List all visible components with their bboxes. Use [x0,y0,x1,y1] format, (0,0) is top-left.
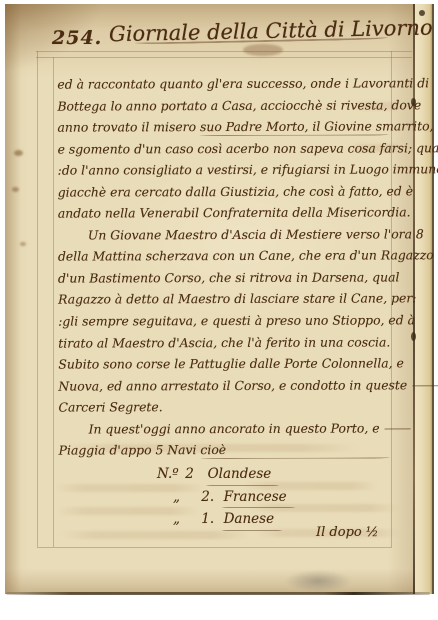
manuscript-line: della Mattina scherzava con un Cane, che… [58,245,396,268]
manuscript-line: Ragazzo à detto al Maestro di lasciare s… [58,288,396,311]
ruled-frame-line [36,57,412,58]
ship-row-marker: N.º [157,463,181,486]
ship-list: N.º 2 Olandese „ 2. Francese „ 1. Danese [157,463,287,531]
ink-smudge [243,44,283,56]
manuscript-line: Un Giovane Maestro d'Ascia di Mestiere v… [58,223,396,246]
manuscript-line: :gli sempre seguitava, e questi à preso … [58,309,396,332]
manuscript-line: Subito sono corse le Pattuglie dalle Por… [58,353,396,376]
ship-row-quantity: 2. [201,486,219,509]
manuscript-line: Bottega lo anno portato a Casa, acciocch… [57,94,395,117]
manuscript-line: giacchè era cercato dalla Giustizia, che… [58,180,396,203]
manuscript-text-block: ed à raccontato quanto gl'era successo, … [57,72,396,461]
page-bottom-edge [6,592,430,595]
paper-stain [14,150,23,156]
manuscript-line: Piaggia d'appo 5 Navi cioè [59,439,397,462]
catchword: Il dopo ½ [316,525,378,540]
fore-edge-strip [415,4,434,594]
ruled-frame-line [53,57,54,547]
ship-row-marker: „ [173,486,197,509]
ruled-frame-line [37,51,38,547]
ink-show-through [60,531,250,539]
page-title: Giornale della Città di Livorno [109,16,419,46]
manuscript-line: :do l'anno consigliato a vestirsi, e rif… [58,159,396,182]
ship-row-quantity: 2 [185,463,203,486]
ship-row-quantity: 1. [201,508,219,531]
ship-row-nation: Olandese [208,463,272,486]
paper-stain [20,242,26,246]
paper-stain [12,187,19,192]
ship-list-row: N.º 2 Olandese [157,463,287,486]
manuscript-line: tirato al Maestro d'Ascia, che l'à ferit… [58,331,396,354]
manuscript-line: d'un Bastimento Corso, che si ritrova in… [58,266,396,289]
ruled-frame-line [36,51,412,52]
ship-row-nation: Francese [224,486,287,509]
manuscript-line: ed à raccontato quanto gl'era successo, … [57,72,395,95]
ship-list-row: „ 2. Francese [157,486,287,509]
ship-row-nation: Danese [224,508,274,531]
grey-smudge [285,570,351,592]
ruled-frame-line [37,547,392,548]
manuscript-line: anno trovato il misero suo Padre Morto, … [57,116,395,139]
page-number: 254. [52,27,102,49]
gutter-speck [411,332,416,341]
manuscript-line: Nuova, ed anno arrestato il Corso, e con… [58,374,396,397]
ship-list-row: „ 1. Danese [157,508,287,531]
paper-page: 254. Giornale della Città di Livorno ed … [5,4,434,594]
ship-row-marker: „ [173,508,197,531]
scanned-manuscript-page: { "page": { "number": "254.", "title": "… [0,0,438,620]
manuscript-line: andato nella Venerabil Confraternita del… [58,202,396,225]
manuscript-line: In quest'oggi anno ancorato in questo Po… [59,417,397,440]
manuscript-line: e sgomento d'un caso così acerbo non sap… [58,137,396,160]
manuscript-line: Carceri Segrete. [58,396,396,419]
